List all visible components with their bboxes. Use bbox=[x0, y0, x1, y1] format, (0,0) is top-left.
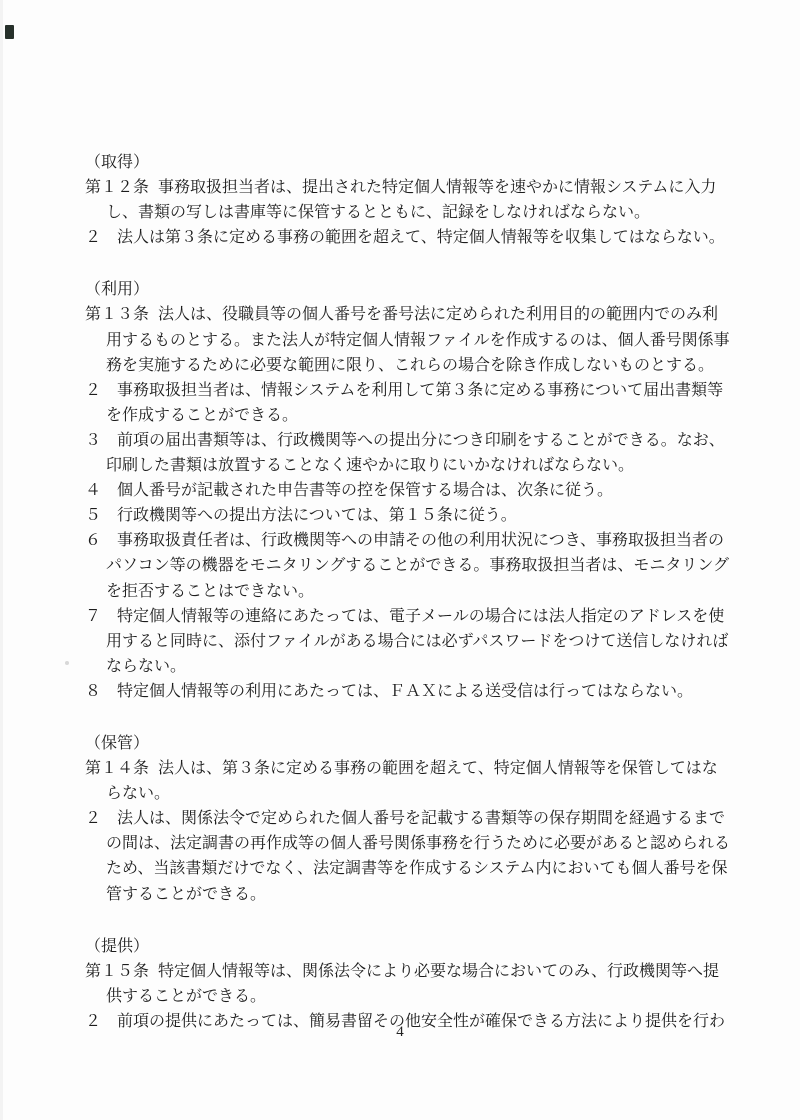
clause-text: 特定個人情報等の連絡にあたっては、電子メールの場合には法人指定のアドレスを使 用… bbox=[106, 608, 728, 675]
article-14-paragraph: 第１４条法人は、第３条に定める事務の範囲を超えて、特定個人情報等を保管してはな … bbox=[85, 756, 745, 806]
clause-label: 第１５条 bbox=[85, 963, 149, 980]
clause-text: 特定個人情報等の利用にあたっては、ＦＡＸによる送受信は行ってはならない。 bbox=[117, 683, 693, 700]
article-13-item-7: ７特定個人情報等の連絡にあたっては、電子メールの場合には法人指定のアドレスを使 … bbox=[85, 604, 745, 679]
clause-text: 事務取扱担当者は、提出された特定個人情報等を速やかに情報システムに入力 し、書類… bbox=[106, 179, 716, 221]
article-13-item-5: ５行政機関等への提出方法については、第１５条に従う。 bbox=[85, 503, 745, 528]
document-page: （取得） 第１２条事務取扱担当者は、提出された特定個人情報等を速やかに情報システ… bbox=[0, 0, 800, 1120]
article-13-item-6: ６事務取扱責任者は、行政機関等への申請その他の利用状況につき、事務取扱担当者の … bbox=[85, 528, 745, 603]
article-13-paragraph: 第１３条法人は、役職員等の個人番号を番号法に定められた利用目的の範囲内でのみ利 … bbox=[85, 302, 745, 377]
clause-text: 法人は、関係法令で定められた個人番号を記載する書類等の保存期間を経過するまで の… bbox=[106, 810, 730, 902]
clause-label: ４ bbox=[85, 482, 101, 499]
section-use: （利用） 第１３条法人は、役職員等の個人番号を番号法に定められた利用目的の範囲内… bbox=[85, 277, 745, 704]
section-heading: （保管） bbox=[85, 731, 745, 756]
article-13-item-4: ４個人番号が記載された申告書等の控を保管する場合は、次条に従う。 bbox=[85, 478, 745, 503]
section-acquisition: （取得） 第１２条事務取扱担当者は、提出された特定個人情報等を速やかに情報システ… bbox=[85, 150, 745, 250]
article-12-paragraph: 第１２条事務取扱担当者は、提出された特定個人情報等を速やかに情報システムに入力 … bbox=[85, 175, 745, 225]
clause-label: ６ bbox=[85, 532, 101, 549]
article-12-item-2: ２法人は第３条に定める事務の範囲を超えて、特定個人情報等を収集してはならない。 bbox=[85, 225, 745, 250]
clause-label: ２ bbox=[85, 382, 101, 399]
scan-speck bbox=[65, 661, 69, 665]
clause-text: 行政機関等への提出方法については、第１５条に従う。 bbox=[117, 507, 517, 524]
section-provision: （提供） 第１５条特定個人情報等は、関係法令により必要な場合においてのみ、行政機… bbox=[85, 934, 745, 1034]
clause-text: 法人は、第３条に定める事務の範囲を超えて、特定個人情報等を保管してはな らない。 bbox=[106, 760, 718, 802]
clause-label: ２ bbox=[85, 229, 101, 246]
section-heading: （利用） bbox=[85, 277, 745, 302]
clause-label: ７ bbox=[85, 608, 101, 625]
article-13-item-8: ８特定個人情報等の利用にあたっては、ＦＡＸによる送受信は行ってはならない。 bbox=[85, 679, 745, 704]
section-heading: （取得） bbox=[85, 150, 745, 175]
clause-text: 法人は第３条に定める事務の範囲を超えて、特定個人情報等を収集してはならない。 bbox=[117, 229, 725, 246]
clause-label: ２ bbox=[85, 810, 101, 827]
page-number: 4 bbox=[0, 1024, 800, 1041]
article-13-item-2: ２事務取扱担当者は、情報システムを利用して第３条に定める事務について届出書類等 … bbox=[85, 378, 745, 428]
section-storage: （保管） 第１４条法人は、第３条に定める事務の範囲を超えて、特定個人情報等を保管… bbox=[85, 731, 745, 907]
article-15-paragraph: 第１５条特定個人情報等は、関係法令により必要な場合においてのみ、行政機関等へ提 … bbox=[85, 959, 745, 1009]
section-heading: （提供） bbox=[85, 934, 745, 959]
article-14-item-2: ２法人は、関係法令で定められた個人番号を記載する書類等の保存期間を経過するまで … bbox=[85, 806, 745, 906]
clause-text: 個人番号が記載された申告書等の控を保管する場合は、次条に従う。 bbox=[117, 482, 613, 499]
clause-text: 事務取扱担当者は、情報システムを利用して第３条に定める事務について届出書類等 を… bbox=[106, 382, 723, 424]
clause-label: ８ bbox=[85, 683, 101, 700]
article-13-item-3: ３前項の届出書類等は、行政機関等への提出分につき印刷をすることができる。なお、 … bbox=[85, 428, 745, 478]
clause-label: ３ bbox=[85, 432, 101, 449]
clause-label: 第１４条 bbox=[85, 760, 149, 777]
clause-text: 法人は、役職員等の個人番号を番号法に定められた利用目的の範囲内でのみ利 用するも… bbox=[106, 306, 730, 373]
scan-edge-strip bbox=[0, 0, 3, 1120]
clause-text: 前項の届出書類等は、行政機関等への提出分につき印刷をすることができる。なお、 印… bbox=[106, 432, 725, 474]
clause-text: 特定個人情報等は、関係法令により必要な場合においてのみ、行政機関等へ提 供するこ… bbox=[106, 963, 719, 1005]
clause-label: ５ bbox=[85, 507, 101, 524]
clause-label: 第１３条 bbox=[85, 306, 149, 323]
scan-artifact-mark bbox=[5, 25, 14, 39]
document-body: （取得） 第１２条事務取扱担当者は、提出された特定個人情報等を速やかに情報システ… bbox=[85, 150, 745, 1034]
clause-text: 事務取扱責任者は、行政機関等への申請その他の利用状況につき、事務取扱担当者の パ… bbox=[106, 532, 729, 599]
clause-label: 第１２条 bbox=[85, 179, 149, 196]
